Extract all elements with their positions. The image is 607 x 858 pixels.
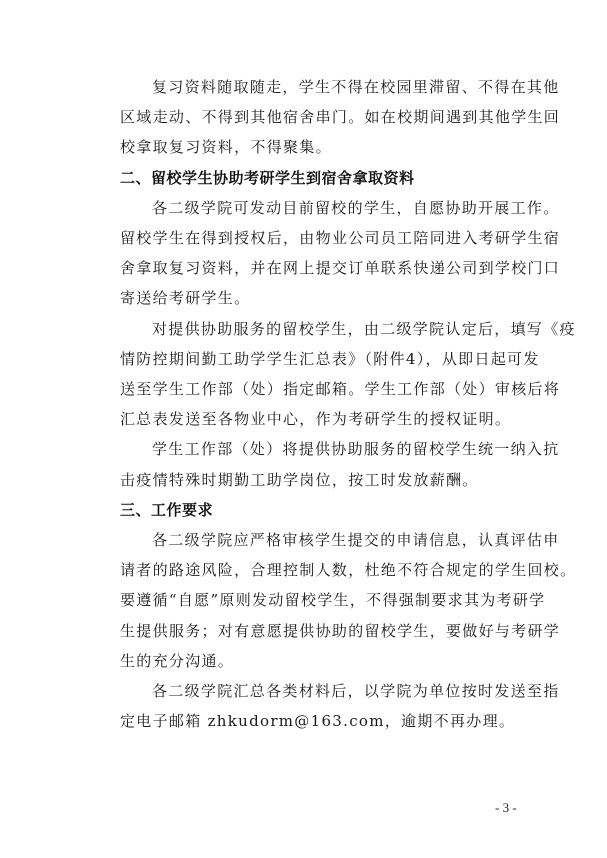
- text-line: 区域走动、不得到其他宿舍串门。如在校期间遇到其他学生回: [88, 102, 518, 132]
- paragraph-summary-form: 对提供协助服务的留校学生，由二级学院认定后，填写《疫 情防控期间勤工助学学生汇总…: [88, 314, 518, 435]
- text-line: 定电子邮箱 zhkudorm@163.com，逾期不再办理。: [88, 706, 518, 736]
- text-line: 汇总表发送至各物业中心，作为考研学生的授权证明。: [88, 404, 518, 434]
- paragraph-submission-email: 各二级学院汇总各类材料后，以学院为单位按时发送至指 定电子邮箱 zhkudorm…: [88, 676, 518, 736]
- text-line: 复习资料随取随走，学生不得在校园里滞留、不得在其他: [88, 72, 518, 102]
- text-line: 寄送给考研学生。: [88, 283, 518, 313]
- paragraph-work-study-pay: 学生工作部（处）将提供协助服务的留校学生统一纳入抗 击疫情特殊时期勤工助学岗位，…: [88, 434, 518, 494]
- text-line: 舍拿取复习资料，并在网上提交订单联系快递公司到学校门口: [88, 253, 518, 283]
- text-line: 留校学生在得到授权后，由物业公司员工陪同进入考研学生宿: [88, 223, 518, 253]
- text-line: 学生工作部（处）将提供协助服务的留校学生统一纳入抗: [88, 434, 518, 464]
- text-line: 各二级学院应严格审核学生提交的申请信息，认真评估申: [88, 525, 518, 555]
- text-line: 各二级学院可发动目前留校的学生，自愿协助开展工作。: [88, 193, 518, 223]
- document-page: 复习资料随取随走，学生不得在校园里滞留、不得在其他 区域走动、不得到其他宿舍串门…: [88, 72, 518, 736]
- page-number: - 3 -: [495, 800, 517, 816]
- paragraph-volunteer-students: 各二级学院可发动目前留校的学生，自愿协助开展工作。 留校学生在得到授权后，由物业…: [88, 193, 518, 314]
- section-heading-2: 二、留校学生协助考研学生到宿舍拿取资料: [88, 163, 518, 193]
- paragraph-review-requirements: 各二级学院应严格审核学生提交的申请信息，认真评估申 请者的路途风险，合理控制人数…: [88, 525, 518, 676]
- section-heading-3: 三、工作要求: [88, 495, 518, 525]
- text-line: 生的充分沟通。: [88, 646, 518, 676]
- paragraph-exam-materials-rules: 复习资料随取随走，学生不得在校园里滞留、不得在其他 区域走动、不得到其他宿舍串门…: [88, 72, 518, 163]
- text-line: 送至学生工作部（处）指定邮箱。学生工作部（处）审核后将: [88, 374, 518, 404]
- text-line: 校拿取复习资料，不得聚集。: [88, 132, 518, 162]
- text-line: 要遵循“自愿”原则发动留校学生，不得强制要求其为考研学: [88, 585, 518, 615]
- text-line: 击疫情特殊时期勤工助学岗位，按工时发放薪酬。: [88, 465, 518, 495]
- text-line: 请者的路途风险，合理控制人数，杜绝不符合规定的学生回校。: [88, 555, 518, 585]
- text-line: 对提供协助服务的留校学生，由二级学院认定后，填写《疫: [88, 314, 518, 344]
- text-line: 情防控期间勤工助学学生汇总表》（附件4），从即日起可发: [88, 344, 518, 374]
- text-line: 各二级学院汇总各类材料后，以学院为单位按时发送至指: [88, 676, 518, 706]
- text-line: 生提供服务；对有意愿提供协助的留校学生，要做好与考研学: [88, 616, 518, 646]
